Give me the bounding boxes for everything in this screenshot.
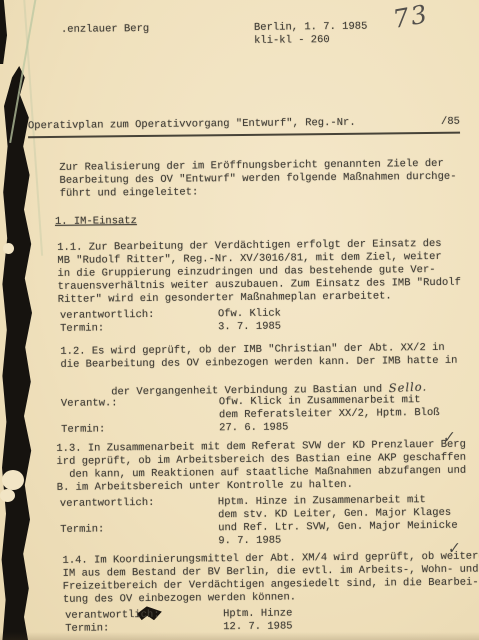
- header-date: Berlin, 1. 7. 1985: [254, 21, 368, 35]
- handwritten-name: Sello.: [388, 380, 427, 395]
- assignment-value: 9. 7. 1985: [218, 535, 281, 549]
- document-title: Operativplan zum Operativvorgang "Entwur…: [28, 116, 460, 139]
- measure-1-1-paragraph: 1.1. Zur Bearbeitung der Verdächtigen er…: [57, 238, 461, 307]
- assignment-row: Termin:27. 6. 1985: [61, 420, 440, 437]
- assignment-row: Termin:12. 7. 1985: [65, 620, 292, 635]
- assignment-row: Termin:3. 7. 1985: [60, 321, 281, 336]
- assignment-value: 3. 7. 1985: [218, 321, 281, 335]
- measure-1-1-assignment: verantwortlich:Ofw. KlickTermin:3. 7. 19…: [60, 308, 281, 336]
- assignment-label: Termin:: [61, 422, 219, 437]
- assignment-label: Termin:: [60, 321, 218, 336]
- assignment-label: [60, 535, 218, 550]
- header-right-block: Berlin, 1. 7. 1985 kli-kl - 260: [254, 21, 368, 48]
- typed-line: führt und eingeleitet:: [60, 184, 457, 201]
- assignment-value: und Ref. Ltr. SVW, Gen. Major Meinicke: [218, 520, 458, 536]
- header-place: .enzlauer Berg: [61, 23, 149, 37]
- title-blank-underline: [356, 129, 441, 130]
- assignment-value: Ofw. Klick: [218, 308, 281, 322]
- title-text: Operativplan zum Operativvorgang "Entwur…: [28, 117, 356, 133]
- measure-1-3-paragraph: 1.3. In Zusammenarbeit mit dem Referat S…: [56, 439, 466, 495]
- measure-1-3-assignment: verantwortlich:Hptm. Hinze in Zusammenar…: [60, 494, 458, 550]
- assignment-row: 9. 7. 1985: [60, 533, 458, 550]
- scanned-document-page: 73 ✓ ✓ .enzlauer Berg Berlin, 1. 7. 1985…: [0, 0, 479, 640]
- assignment-label: Termin:: [65, 621, 223, 636]
- header-reference: kli-kl - 260: [254, 34, 368, 48]
- measure-1-4-paragraph: 1.4. Im Koordinierungsmittel der Abt. XM…: [62, 550, 479, 606]
- intro-paragraph: Zur Realisierung der im Eröffnungsberich…: [59, 158, 456, 201]
- measure-1-2-assignment: Verantw.:Ofw. Klick in Zusammenarbeit mi…: [61, 394, 440, 437]
- section-heading: 1. IM-Einsatz: [55, 215, 137, 229]
- title-suffix: /85: [441, 116, 460, 129]
- assignment-value: 12. 7. 1985: [223, 620, 292, 634]
- assignment-value: 27. 6. 1985: [219, 421, 288, 435]
- measure-1-4-assignment: verantwortlich:Hptm. HinzeTermin:12. 7. …: [65, 607, 293, 635]
- assignment-value: dem Referatsleiter XX/2, Hptm. Bloß: [219, 407, 440, 422]
- assignment-value: Hptm. Hinze: [223, 607, 292, 621]
- typed-content: .enzlauer Berg Berlin, 1. 7. 1985 kli-kl…: [0, 0, 479, 640]
